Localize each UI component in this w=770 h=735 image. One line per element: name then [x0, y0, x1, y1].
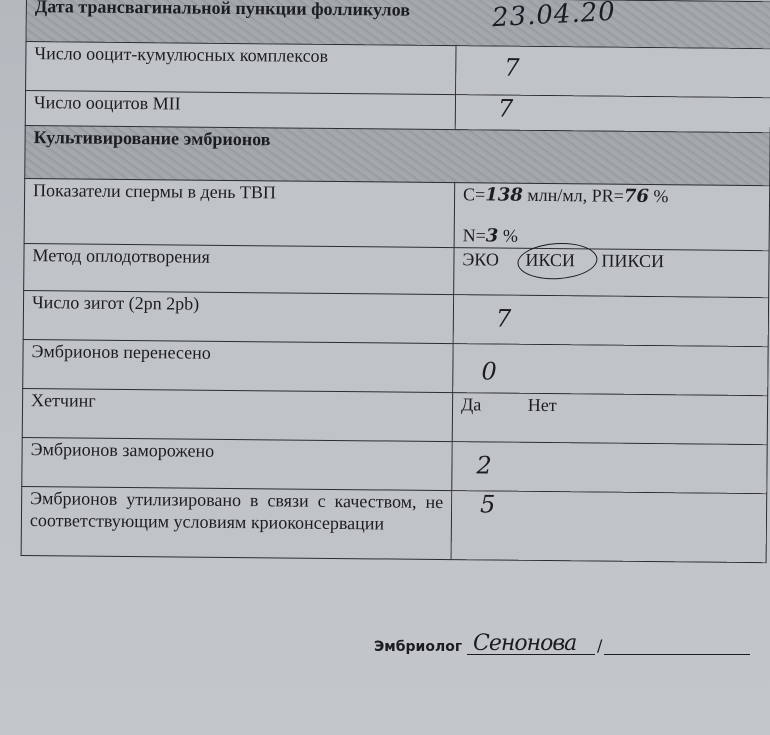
sperm-label: Показатели спермы в день ТВП	[24, 178, 455, 247]
embryologist-signature: Сенонова	[473, 631, 576, 656]
discarded-cell[interactable]: 5	[451, 491, 767, 563]
embryologist-name-field[interactable]	[604, 638, 750, 655]
zygotes-cell[interactable]: 7	[453, 295, 768, 347]
sperm-n-value: 3	[486, 225, 499, 246]
discarded-value: 5	[480, 493, 495, 515]
mii-count-label: Число ооцитов MII	[25, 91, 455, 130]
occ-count-value: 7	[504, 57, 519, 79]
embryologist-label: Эмбриолог	[374, 639, 462, 655]
zygotes-label: Число зигот (2pn 2pb)	[23, 290, 453, 343]
sperm-pr-value: 76	[624, 186, 649, 207]
zygotes-value: 7	[496, 308, 511, 330]
row-transferred: Эмбрионов перенесено 0	[23, 339, 768, 395]
frozen-value: 2	[476, 454, 491, 476]
row-discarded: Эмбрионов утилизировано в связи с качест…	[21, 486, 767, 562]
sperm-concentration-value: 138	[485, 184, 523, 205]
row-frozen: Эмбрионов заморожено 2	[22, 437, 767, 493]
method-label: Метод оплодотворения	[24, 243, 454, 294]
row-occ-count: Число ооцит-кумулюсных комплексов 7	[26, 42, 770, 98]
transferred-value: 0	[481, 360, 496, 382]
hatching-options: Да Нет	[452, 393, 767, 445]
sperm-line-2: N=3 %	[463, 224, 761, 250]
hatching-option-no[interactable]: Нет	[528, 394, 557, 416]
sperm-cell[interactable]: C=138 млн/мл, PR=76 % N=3 %	[454, 183, 770, 251]
method-options: ЭКО ИКСИ ПИКСИ	[454, 248, 769, 298]
mii-count-value: 7	[498, 98, 513, 120]
mii-count-cell[interactable]: 7	[455, 95, 770, 133]
method-option-icsi[interactable]: ИКСИ	[525, 249, 575, 271]
occ-count-label: Число ооцит-кумулюсных комплексов	[26, 42, 456, 95]
frozen-label: Эмбрионов заморожено	[22, 437, 452, 490]
hatching-option-yes[interactable]: Да	[461, 393, 481, 415]
frozen-cell[interactable]: 2	[452, 442, 767, 494]
transferred-cell[interactable]: 0	[453, 344, 768, 396]
row-puncture-date: Дата трансвагинальной пункции фолликулов	[26, 0, 770, 49]
row-culture-section: Культивирование эмбрионов	[25, 125, 770, 185]
signature-separator: /	[597, 636, 602, 655]
row-hatching: Хетчинг Да Нет	[22, 388, 767, 444]
embryologist-signature-field[interactable]: Сенонова	[467, 638, 595, 655]
occ-count-cell[interactable]: 7	[456, 46, 770, 98]
method-option-eco[interactable]: ЭКО	[462, 248, 499, 270]
sperm-line-1: C=138 млн/мл, PR=76 %	[463, 183, 761, 209]
transferred-label: Эмбрионов перенесено	[23, 339, 453, 392]
discarded-label: Эмбрионов утилизировано в связи с качест…	[21, 486, 452, 559]
signature-block: Эмбриолог Сенонова /	[374, 636, 750, 655]
row-sperm: Показатели спермы в день ТВП C=138 млн/м…	[24, 178, 770, 250]
form-sheet: Дата трансвагинальной пункции фолликулов…	[21, 0, 770, 563]
puncture-date-label: Дата трансвагинальной пункции фолликулов	[35, 0, 410, 20]
row-zygotes: Число зигот (2pn 2pb) 7	[23, 290, 768, 346]
culture-section-label: Культивирование эмбрионов	[25, 125, 770, 185]
row-method: Метод оплодотворения ЭКО ИКСИ ПИКСИ	[24, 243, 769, 297]
hatching-label: Хетчинг	[22, 388, 452, 441]
ivf-protocol-table: Дата трансвагинальной пункции фолликулов…	[21, 0, 770, 563]
method-option-picsi[interactable]: ПИКСИ	[601, 250, 664, 273]
